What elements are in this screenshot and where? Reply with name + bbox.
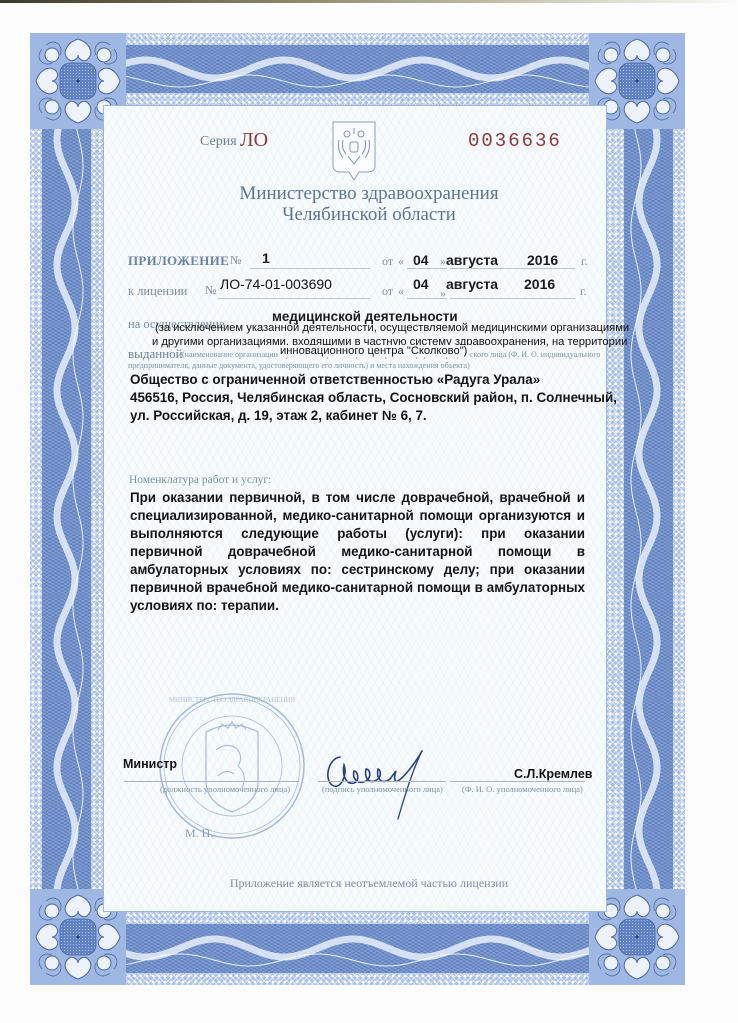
appendix-number: 1 <box>262 250 270 266</box>
issued-hint-line2: предпринимателя, данные документа, удост… <box>128 361 470 370</box>
ministry-name-line2: Челябинской области <box>0 204 738 226</box>
license-from-label: от <box>382 284 393 299</box>
license-number: ЛО-74-01-003690 <box>220 276 332 292</box>
org-address-line1: 456516, Россия, Челябинская область, Сос… <box>130 389 617 407</box>
appendix-from-label: от <box>382 254 393 269</box>
appendix-month: августа <box>446 252 498 268</box>
issued-label: выданной <box>128 346 183 362</box>
org-address-line2: ул. Российская, д. 19, этаж 2, кабинет №… <box>130 407 427 425</box>
footer-note: Приложение является неотъемлемой частью … <box>0 876 738 891</box>
series-label: Серия <box>200 134 237 150</box>
org-name: Общество с ограниченной ответственностью… <box>130 371 540 389</box>
ministry-name-line1: Министерство здравоохранения <box>0 183 738 205</box>
official-seal-icon: МИНИСТЕРСТВО ЗДРАВООХРАНЕНИЯ <box>156 690 308 842</box>
signer-name: С.Л.Кремлев <box>514 767 592 781</box>
signer-position-hint: (должность уполномоченного лица) <box>160 784 290 794</box>
services-label: Номенклатура работ и услуг: <box>129 474 271 486</box>
russian-coat-of-arms-icon <box>331 120 377 182</box>
appendix-label: ПРИЛОЖЕНИЕ <box>128 253 229 269</box>
appendix-year-suffix: г. <box>581 254 588 269</box>
svg-text:МИНИСТЕРСТВО ЗДРАВООХРАНЕНИЯ: МИНИСТЕРСТВО ЗДРАВООХРАНЕНИЯ <box>169 696 296 704</box>
appendix-day: 04 <box>413 252 429 268</box>
signer-name-hint: (Ф. И. О. уполномоченного лица) <box>462 784 583 794</box>
license-year-suffix: г. <box>580 284 587 299</box>
stamp-place-label: М. П. <box>185 826 213 841</box>
signer-position: Министр <box>123 757 177 771</box>
activity-note-line1: (за исключением указанной деятельности, … <box>155 322 629 334</box>
license-number-sign: № <box>205 283 216 298</box>
series-value: ЛО <box>240 129 268 152</box>
appendix-year: 2016 <box>527 252 558 268</box>
license-label: к лицензии <box>128 284 187 299</box>
signature-hint: (подпись уполномоченного лица) <box>322 784 443 794</box>
license-day: 04 <box>413 276 429 292</box>
appendix-number-sign: № <box>230 253 241 268</box>
activity-note-line3: инновационного центра "Сколково") <box>278 345 469 357</box>
form-number: 0036636 <box>468 130 562 152</box>
quote-open: « <box>398 284 404 299</box>
license-month: августа <box>446 276 498 292</box>
signature-icon <box>318 735 443 825</box>
quote-open: « <box>398 254 404 269</box>
license-year: 2016 <box>524 276 555 292</box>
services-text: При оказании первичной, в том числе довр… <box>130 489 585 615</box>
